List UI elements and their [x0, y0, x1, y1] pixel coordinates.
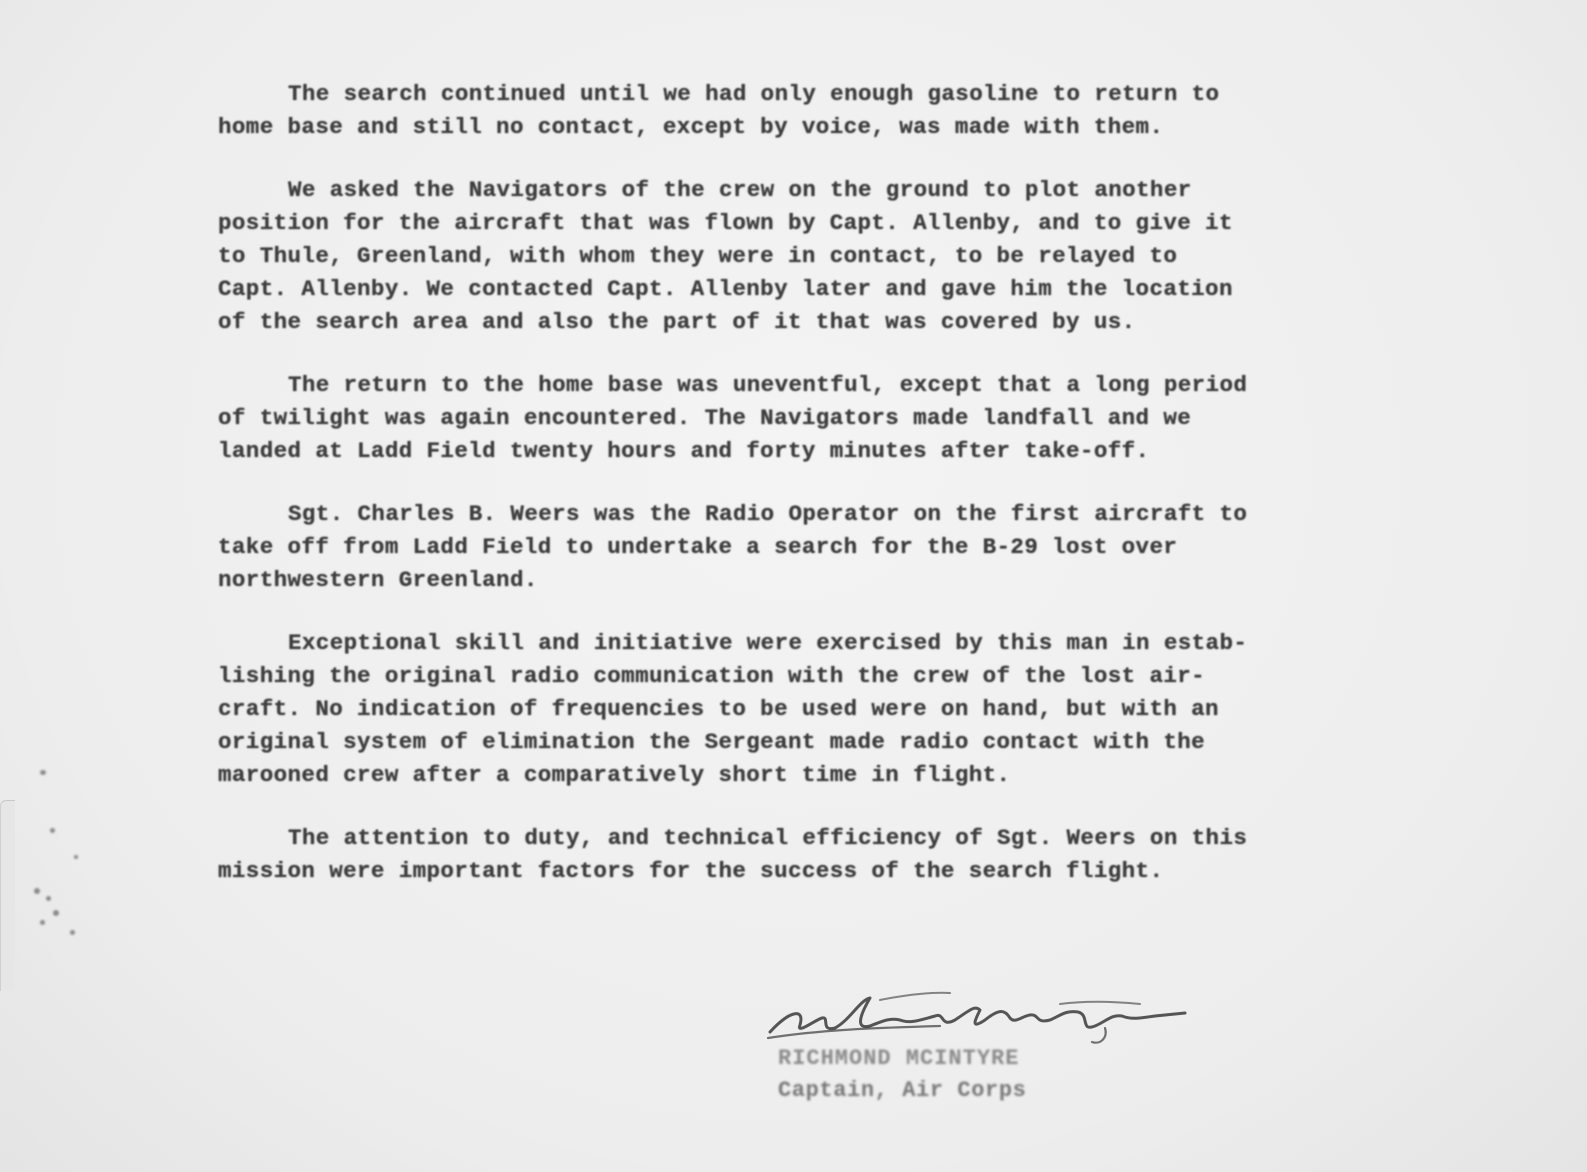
text-line: The return to the home base was uneventf…: [218, 369, 1428, 402]
text-line: lishing the original radio communication…: [218, 660, 1428, 693]
ink-smudge: [70, 930, 75, 935]
paragraph-navigators: We asked the Navigators of the crew on t…: [218, 174, 1428, 339]
text-line: of twilight was again encountered. The N…: [218, 402, 1428, 435]
text-line: to Thule, Greenland, with whom they were…: [218, 240, 1428, 273]
ink-smudge: [40, 770, 46, 775]
document-page: The search continued until we had only e…: [0, 0, 1587, 1172]
text-line: marooned crew after a comparatively shor…: [218, 759, 1428, 792]
paragraph-radio-operator: Sgt. Charles B. Weers was the Radio Oper…: [218, 498, 1428, 597]
text-line: original system of elimination the Serge…: [218, 726, 1428, 759]
text-line: Capt. Allenby. We contacted Capt. Allenb…: [218, 273, 1428, 306]
text-line: northwestern Greenland.: [218, 564, 1428, 597]
ink-smudge: [53, 910, 59, 916]
paragraph-search-continued: The search continued until we had only e…: [218, 78, 1428, 144]
ink-smudge: [74, 855, 78, 859]
signatory-title: Captain, Air Corps: [778, 1078, 1026, 1103]
handwritten-signature: [760, 990, 1190, 1050]
letter-body: The search continued until we had only e…: [218, 78, 1428, 918]
ink-smudge: [34, 888, 40, 894]
paragraph-exceptional-skill: Exceptional skill and initiative were ex…: [218, 627, 1428, 792]
text-line: Sgt. Charles B. Weers was the Radio Oper…: [218, 498, 1428, 531]
text-line: of the search area and also the part of …: [218, 306, 1428, 339]
signature-block: RICHMOND MCINTYRE Captain, Air Corps: [760, 990, 1200, 1110]
typed-signatory-name: RICHMOND MCINTYRE: [778, 1046, 1019, 1071]
text-line: Exceptional skill and initiative were ex…: [218, 627, 1428, 660]
ink-smudge: [50, 828, 55, 833]
text-line: We asked the Navigators of the crew on t…: [218, 174, 1428, 207]
paragraph-attention-to-duty: The attention to duty, and technical eff…: [218, 822, 1428, 888]
paper-edge: [0, 800, 15, 991]
text-line: mission were important factors for the s…: [218, 855, 1428, 888]
text-line: The search continued until we had only e…: [218, 78, 1428, 111]
ink-smudge: [46, 896, 51, 901]
ink-smudge: [40, 920, 45, 925]
text-line: take off from Ladd Field to undertake a …: [218, 531, 1428, 564]
text-line: home base and still no contact, except b…: [218, 111, 1428, 144]
text-line: position for the aircraft that was flown…: [218, 207, 1428, 240]
text-line: landed at Ladd Field twenty hours and fo…: [218, 435, 1428, 468]
text-line: craft. No indication of frequencies to b…: [218, 693, 1428, 726]
text-line: The attention to duty, and technical eff…: [218, 822, 1428, 855]
paragraph-return: The return to the home base was uneventf…: [218, 369, 1428, 468]
